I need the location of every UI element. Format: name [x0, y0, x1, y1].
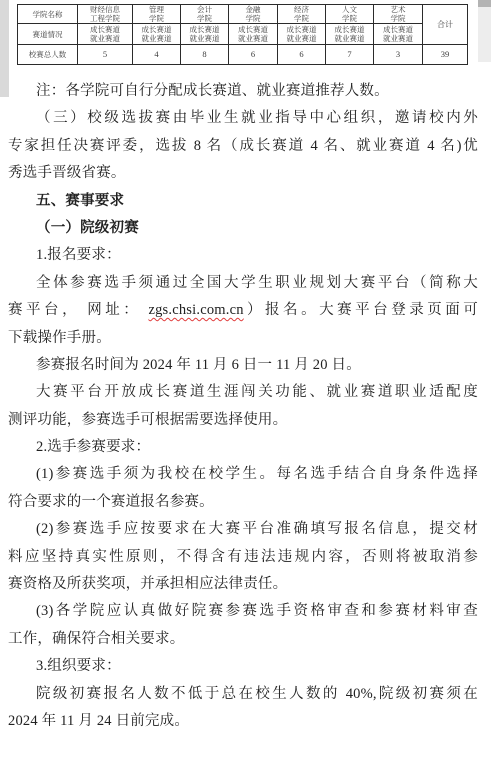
- table-cell-college: 经济 学院: [278, 5, 326, 24]
- table-cell-count: 6: [229, 45, 278, 65]
- text-line: 3.组织要求：: [8, 653, 478, 680]
- table-header-total: 合计: [423, 5, 468, 45]
- table-cell-college: 金融 学院: [229, 5, 278, 24]
- scrollbar-thumb[interactable]: [478, 0, 491, 7]
- text-line: 赛资格及所获奖项，并承担相应法律责任。: [8, 571, 478, 598]
- text-span: 赛平台， 网址：: [8, 302, 148, 318]
- table-header-college-name: 学院名称: [18, 5, 78, 24]
- table-cell-college: 艺术 学院: [374, 5, 423, 24]
- table-cell-track: 成长赛道 就业赛道: [181, 24, 229, 45]
- table-cell-college: 会计 学院: [181, 5, 229, 24]
- text-line: 测评功能，参赛选手可根据需要选择使用。: [8, 407, 478, 434]
- table-cell-track: 成长赛道 就业赛道: [374, 24, 423, 45]
- note-line: 注：各学院可自行分配成长赛道、就业赛道推荐人数。: [8, 78, 478, 105]
- text-line: 秀选手晋级省赛。: [8, 160, 478, 187]
- text-line: 全体参赛选手须通过全国大学生职业规划大赛平台（简称大: [8, 270, 478, 297]
- text-line: 参赛报名时间为 2024 年 11 月 6 日一 11 月 20 日。: [8, 352, 478, 379]
- quota-table: 学院名称财经信息 工程学院管理 学院会计 学院金融 学院经济 学院人文 学院艺术…: [17, 4, 468, 65]
- text-line: 符合要求的一个赛道报名参赛。: [8, 489, 478, 516]
- table-cell-grand-total: 39: [423, 45, 468, 65]
- table-header-track: 赛道情况: [18, 24, 78, 45]
- table-cell-count: 5: [78, 45, 133, 65]
- text-line: 1.报名要求：: [8, 242, 478, 269]
- text-span: ）报名。大赛平台登录页面可: [244, 302, 478, 318]
- text-line: (2)参赛选手应按要求在大赛平台准确填写报名信息，提交材: [8, 516, 478, 543]
- section-heading: 五、赛事要求: [8, 188, 478, 215]
- table-cell-track: 成长赛道 就业赛道: [133, 24, 181, 45]
- text-line: 下载操作手册。: [8, 325, 478, 352]
- table-cell-count: 3: [374, 45, 423, 65]
- table-cell-count: 6: [278, 45, 326, 65]
- text-line: 料应坚持真实性原则，不得含有违法违规内容，否则将被取消参: [8, 544, 478, 571]
- table-cell-count: 7: [326, 45, 374, 65]
- text-line: 专家担任决赛评委，选拔 8 名（成长赛道 4 名、就业赛道 4 名)优: [8, 133, 478, 160]
- text-line: 大赛平台开放成长赛道生涯闯关功能、就业赛道职业适配度: [8, 379, 478, 406]
- text-line: 2.选手参赛要求：: [8, 434, 478, 461]
- text-line: 院级初赛报名人数不低于总在校生人数的 40%,院级初赛须在: [8, 681, 478, 708]
- text-line: 2024 年 11 月 24 日前完成。: [8, 708, 478, 735]
- table-cell-college: 人文 学院: [326, 5, 374, 24]
- table-cell-college: 管理 学院: [133, 5, 181, 24]
- table-cell-track: 成长赛道 就业赛道: [326, 24, 374, 45]
- table-cell-track: 成长赛道 就业赛道: [278, 24, 326, 45]
- table-cell-count: 4: [133, 45, 181, 65]
- scrollbar-track: [478, 0, 491, 62]
- url-text: zgs.chsi.com.cn: [148, 302, 243, 318]
- text-line: 赛平台， 网址： zgs.chsi.com.cn）报名。大赛平台登录页面可: [8, 297, 478, 324]
- text-line: (1)参赛选手须为我校在校学生。每名选手结合自身条件选择: [8, 461, 478, 488]
- text-line: (3)各学院应认真做好院赛参赛选手资格审查和参赛材料审查: [8, 598, 478, 625]
- document-body: 注：各学院可自行分配成长赛道、就业赛道推荐人数。（三）校级选拔赛由毕业生就业指导…: [8, 78, 478, 735]
- subsection-heading: （一）院级初赛: [8, 215, 478, 242]
- text-line: （三）校级选拔赛由毕业生就业指导中心组织，邀请校内外: [8, 105, 478, 132]
- table-header-headcount: 校赛总人数: [18, 45, 78, 65]
- table-cell-track: 成长赛道 就业赛道: [229, 24, 278, 45]
- table-cell-college: 财经信息 工程学院: [78, 5, 133, 24]
- table-cell-track: 成长赛道 就业赛道: [78, 24, 133, 45]
- table-cell-count: 8: [181, 45, 229, 65]
- text-line: 工作，确保符合相关要求。: [8, 626, 478, 653]
